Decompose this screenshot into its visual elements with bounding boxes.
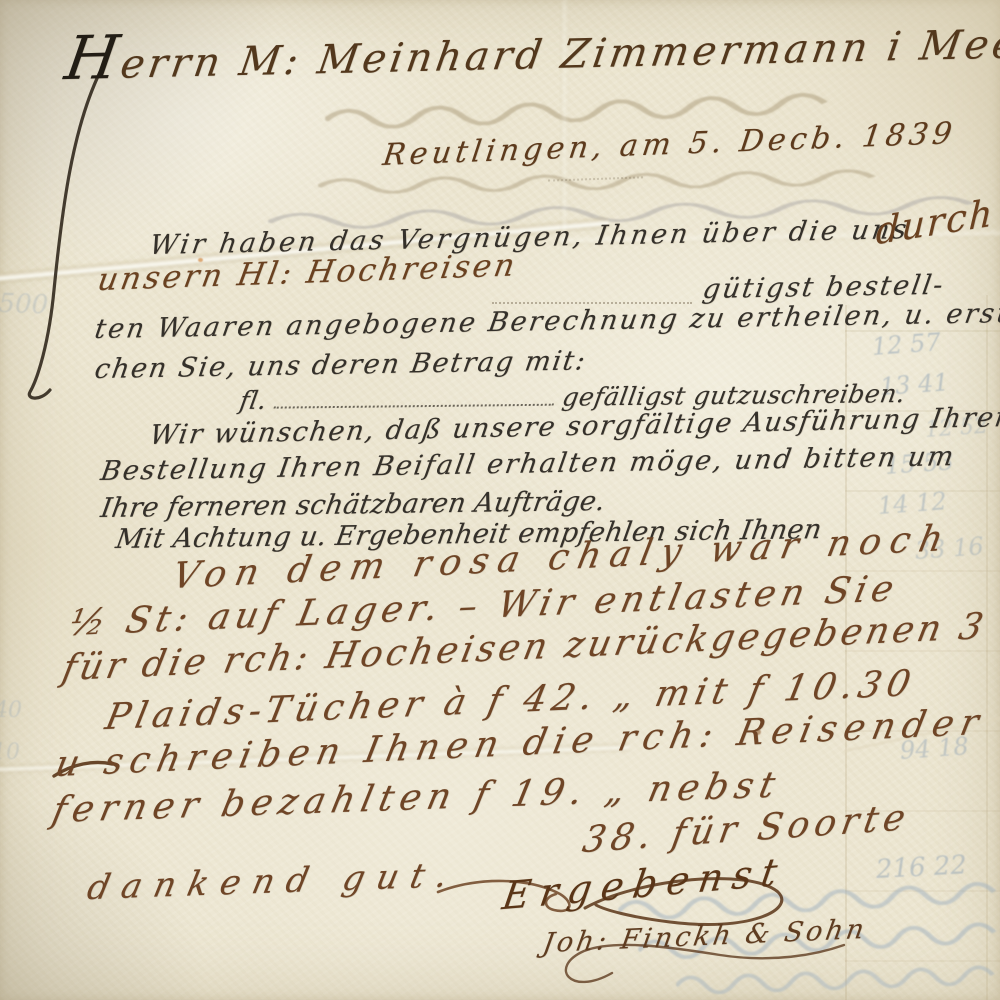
bleedthrough-number: 216 22 [875, 850, 967, 885]
amount-prefix: fl. [238, 386, 270, 415]
body-line-1: Wir haben das Vergnügen, Ihnen über die … [148, 214, 912, 261]
bleedthrough-number: 12 57 [871, 328, 942, 361]
amount-dotted-line [273, 389, 556, 409]
letter-page: 12 57 13 41 12 52 15 53 14 12 33 16 94 1… [0, 0, 1000, 1000]
body-line-4: chen Sie, uns deren Betrag mit: [93, 345, 589, 385]
bleedthrough-number: 14 12 [877, 487, 948, 520]
postscript-line-8: dankend gut. [84, 855, 464, 908]
recipient-line: Herrn M: Meinhard Zimmermann i Meersburg [61, 0, 1000, 94]
body-line-3: ten Waaren angebogene Berechnung zu erth… [93, 298, 1000, 345]
bleedthrough-margin-number: 40 [0, 698, 22, 723]
bleedthrough-margin-number: 10 [0, 740, 20, 765]
